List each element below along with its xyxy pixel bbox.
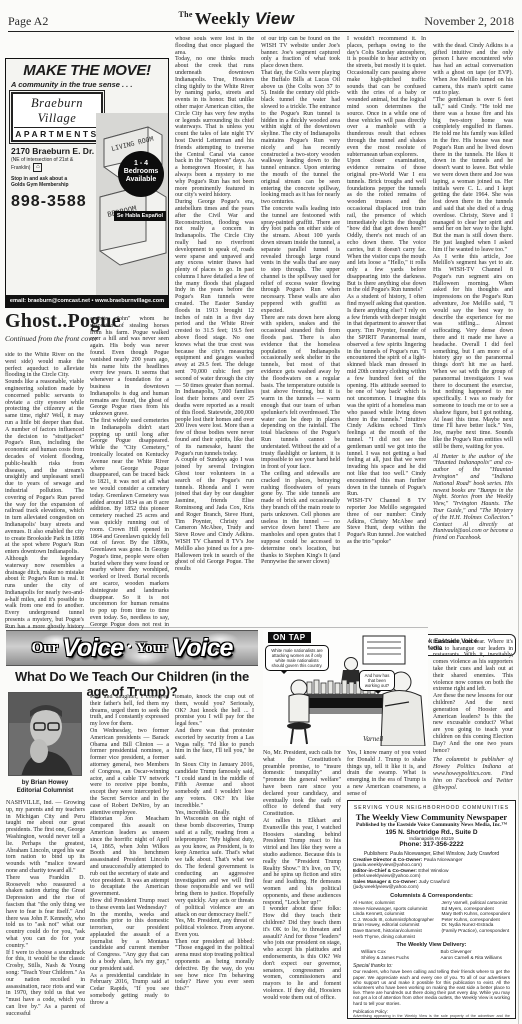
ghost-column-4: of our trip can be found on the WISH TV … (261, 36, 340, 628)
photo-caption: by Brian Howey Editorial Columnist (4, 779, 86, 794)
cartoon-speech-bubble-2: And how has that been working out? (359, 670, 395, 691)
masthead-box-title: The Weekly View Community Newspaper (353, 812, 510, 822)
delivery-header: The Weekly View Delivery: (353, 942, 510, 948)
banner-voice-1: Voice (62, 634, 123, 663)
ad-brand-box: Braeburn Village APARTMENTS (11, 92, 103, 142)
ghost-column-6-text: with the dead. Cindy Adkins is a gifted … (433, 43, 513, 450)
byline: by Brian Howey (4, 779, 86, 787)
masthead-view: View (255, 9, 294, 28)
ghost-column-5: I wouldn't recommend it. In places, perh… (347, 36, 426, 628)
columnists-list-right: Jerry Varnell, political cartoonist Ed M… (441, 900, 510, 939)
page-header: Page A2 TheWeekly View November 2, 2018 (8, 6, 514, 32)
masthead-the: The (178, 10, 192, 19)
ghost-column-2: andotte John" whom he suspected of steal… (90, 316, 169, 630)
cartoonist-signature: Varnell (363, 735, 383, 743)
howey-column-f: intolerance, and fear. Where it's OK to … (433, 632, 513, 798)
ad-subhead: A community in the true sense . . . (6, 79, 168, 91)
se-habla-espanol-badge: Se Habla Español (114, 211, 166, 221)
howey-column-e: Yes, I know many of you voted for Donald… (347, 750, 426, 798)
ad-gym-note: Stop in and ask about a Golds Gym Member… (6, 172, 72, 188)
ghost-column-3: whose souls were lost in the flooding th… (175, 36, 254, 628)
ghost-column-1: side to the White River on the west side… (5, 352, 84, 630)
ad-contact-bar: email: braeburn@comcast.net • www.braebu… (6, 295, 168, 307)
columnists-list-left: Al Hunter, columnist Steve Nicewanger, s… (353, 900, 434, 939)
howey-column-a: NASHVILLE, Ind. — Growing up, my parents… (6, 800, 85, 1019)
ad-brand-script: Braeburn Village (14, 96, 100, 126)
ghost-article-continued-note: Continued from the front cover (5, 334, 98, 343)
masthead-info-box: SERVING YOUR NEIGHBORHOOD COMMUNITIES Th… (347, 800, 516, 1019)
delivery-list-right: Bob Clevenger Aaron Carnell & Rita Willi… (441, 949, 502, 960)
publishers-line: Publishers: Paula Nicewanger, Ethel Wins… (353, 851, 510, 857)
banner-our: Our (32, 640, 59, 657)
author-bio: Al Hunter is the author of the "Haunted … (433, 454, 513, 542)
published-by-line: Published by the Eastside Voice Communit… (353, 822, 510, 828)
delivery-list: William Cox Shirley & James Fuchs Bob Cl… (353, 949, 510, 960)
moving-boxes-photo: LIVING ROOM BEDROOM (96, 113, 168, 297)
masthead-weekly: Weekly (195, 9, 251, 28)
howey-column-f-text: intolerance, and fear. Where it's OK to … (433, 639, 513, 754)
cartoon-speech-bubble-1: White male nationalists are attacking wo… (265, 645, 329, 671)
role-editor-in-chief: Editor-in-Chief & Co-Owner: Ethel Winslo… (353, 869, 510, 879)
cartoon-title-tag: ON TAP (268, 632, 311, 643)
publication-policy-text: Advertising appearing in the Weekly View… (353, 1014, 510, 1019)
howey-column-c: tomato, knock the crap out of them, woul… (175, 694, 254, 1019)
ad-headline: MAKE THE MOVE! (6, 59, 168, 79)
banner-voice-2: Voice (172, 634, 233, 663)
ad-brand-word: APARTMENTS (14, 127, 100, 139)
equal-housing-icon: ⌂ (33, 163, 42, 172)
howey-column-d: No, Mr. President, such calls for what t… (263, 750, 341, 1019)
page-edge-line (518, 30, 519, 1024)
office-address: 195 N. Shortridge Rd., Suite D (353, 829, 510, 836)
ad-address-note: (NE of intersection of 21st & Franklin)⌂ (6, 156, 76, 172)
byline-role: Editorial Columnist (4, 787, 86, 795)
banner-your: Your (136, 640, 168, 657)
columnist-tagline: The columnist is publisher of Howey Poli… (433, 757, 513, 791)
braeburn-village-ad: MAKE THE MOVE! A community in the true s… (5, 58, 169, 308)
political-cartoon: Varnell ON TAP White male nationalists a… (263, 630, 428, 746)
role-creative-director: Creative Director & Co-Owner: Paula Nice… (353, 858, 510, 868)
columnists-header: Columnists & Correspondents: (353, 893, 510, 899)
newspaper-masthead: TheWeekly View (178, 9, 294, 29)
columnists-list: Al Hunter, columnist Steve Nicewanger, s… (353, 900, 510, 939)
our-voice-banner: Our Voice • Your Voice (6, 630, 258, 666)
howey-column-b: sons and daughter, I conveyed their fath… (90, 694, 169, 1019)
banner-dot: • (127, 640, 132, 656)
page-number: Page A2 (8, 14, 48, 29)
bedrooms-badge: 1 - 4 Bedrooms Available (118, 151, 164, 197)
brian-howey-photo (8, 692, 82, 776)
role-sales-manager: Sales Manager & Co-Owner: Judy Crawford … (353, 880, 510, 890)
serving-line: SERVING YOUR NEIGHBORHOOD COMMUNITIES (353, 805, 510, 811)
ghost-column-6: with the dead. Cindy Adkins is a gifted … (433, 36, 513, 628)
special-thanks-text: Our readers, who have been calling and t… (353, 969, 510, 1005)
office-phone: Phone: 317-356-2222 (353, 841, 510, 848)
delivery-list-left: William Cox Shirley & James Fuchs (361, 949, 409, 960)
issue-date: November 2, 2018 (424, 14, 514, 29)
